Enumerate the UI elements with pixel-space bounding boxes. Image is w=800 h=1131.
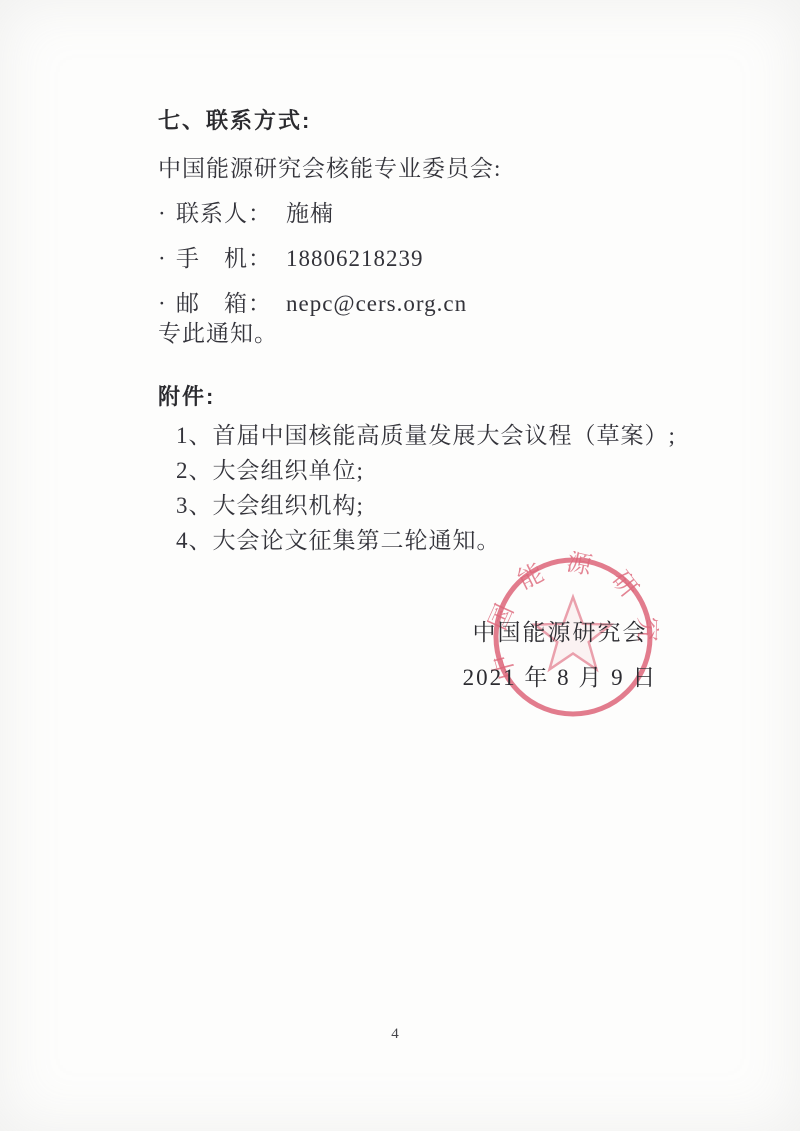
contact-label: 联系人 xyxy=(176,201,248,226)
attachments-heading: 附件: xyxy=(158,380,215,411)
contact-row: ·邮 箱：nepc@cers.org.cn xyxy=(158,285,467,318)
signature-date: 2021 年 8 月 9 日 xyxy=(420,659,700,692)
page-number: 4 xyxy=(0,1026,790,1043)
organization-line: 中国能源研究会核能专业委员会: xyxy=(158,150,501,183)
closing-sentence: 专此通知。 xyxy=(158,315,278,348)
section-heading: 七、联系方式: xyxy=(158,104,311,135)
contact-row: ·手 机：18806218239 xyxy=(158,240,424,273)
bullet-dot: · xyxy=(158,246,176,272)
attachment-item: 4、大会论文征集第二轮通知。 xyxy=(158,522,501,555)
signature-organization: 中国能源研究会 xyxy=(420,614,700,647)
contact-label: 手 机 xyxy=(176,246,248,271)
contact-colon: ： xyxy=(248,201,272,226)
contact-value: 施楠 xyxy=(286,201,334,226)
signature-block: 中国能源研究会 2021 年 8 月 9 日 xyxy=(420,614,700,692)
attachment-item: 1、首届中国核能高质量发展大会议程（草案）; xyxy=(158,417,676,450)
bullet-dot: · xyxy=(158,291,176,317)
document-page: 七、联系方式: 中国能源研究会核能专业委员会: ·联系人：施楠 ·手 机：188… xyxy=(0,0,800,1131)
contact-row: ·联系人：施楠 xyxy=(158,195,334,228)
attachment-item: 3、大会组织机构; xyxy=(158,487,364,520)
contact-label: 邮 箱 xyxy=(176,291,248,316)
contact-value: 18806218239 xyxy=(286,246,424,271)
bullet-dot: · xyxy=(158,201,176,227)
contact-value: nepc@cers.org.cn xyxy=(286,291,467,316)
attachment-item: 2、大会组织单位; xyxy=(158,452,364,485)
contact-colon: ： xyxy=(248,246,272,271)
contact-colon: ： xyxy=(248,291,272,316)
